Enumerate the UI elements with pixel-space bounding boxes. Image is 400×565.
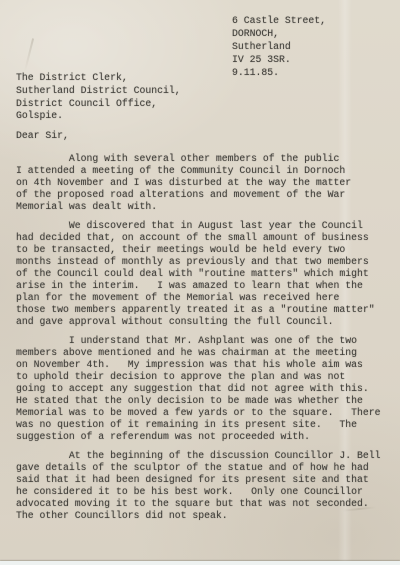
recipient-address: The District Clerk, Sutherland District … — [16, 72, 181, 123]
letter-page: 6 Castle Street, DORNOCH, Sutherland IV … — [0, 0, 400, 565]
paragraph-2: We discovered that in August last year t… — [16, 220, 381, 328]
letter-body: Along with several other members of the … — [16, 153, 381, 529]
page-bottom-edge — [0, 561, 400, 565]
salutation: Dear Sir, — [16, 130, 69, 143]
paragraph-4: At the beginning of the discussion Counc… — [16, 450, 381, 522]
sender-address: 6 Castle Street, DORNOCH, Sutherland IV … — [232, 14, 326, 66]
paragraph-1: Along with several other members of the … — [16, 153, 381, 213]
sender-address-block: 6 Castle Street, DORNOCH, Sutherland IV … — [232, 14, 326, 79]
letter-date: 9.11.85. — [232, 66, 326, 79]
paragraph-3: I understand that Mr. Ashplant was one o… — [16, 335, 381, 443]
paper-crease-mark — [24, 38, 34, 71]
